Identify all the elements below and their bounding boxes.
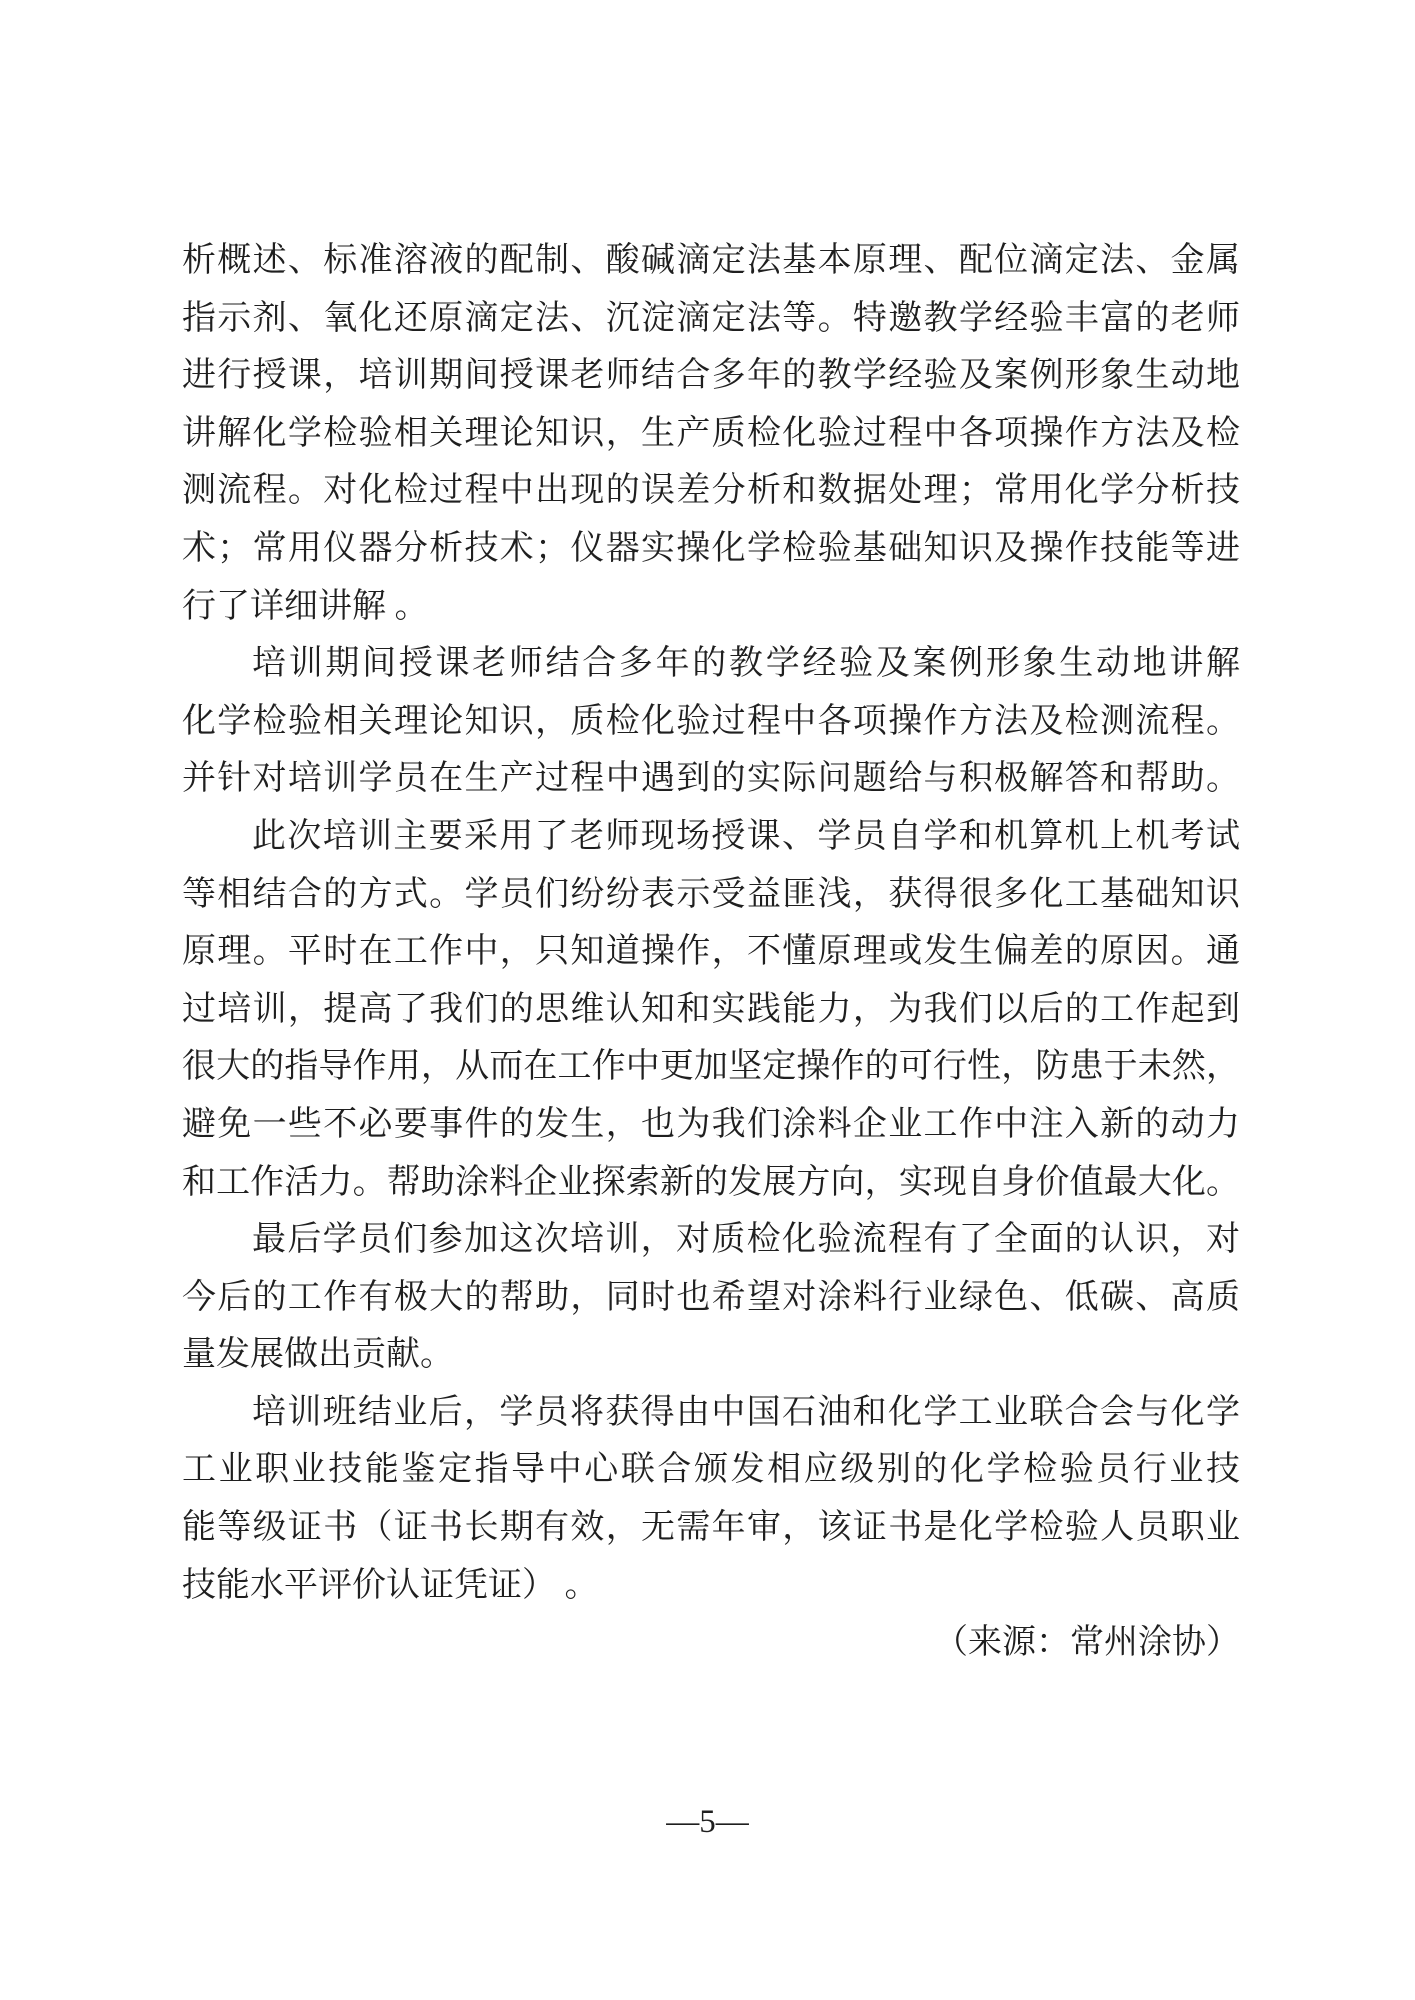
paragraph-4: 最后学员们参加这次培训，对质检化验流程有了全面的认识，对 今后的工作有极大的帮助… [182,1211,1240,1384]
page-number: —5— [0,1800,1415,1844]
text-line: 过培训，提高了我们的思维认知和实践能力，为我们以后的工作起到 [182,981,1240,1039]
text-line: 很大的指导作用，从而在工作中更加坚定操作的可行性，防患于未然， [182,1038,1240,1096]
text-line: 术；常用仪器分析技术；仪器实操化学检验基础知识及操作技能等进 [182,520,1240,578]
text-line: 今后的工作有极大的帮助，同时也希望对涂料行业绿色、低碳、高质 [182,1269,1240,1327]
text-line: 原理。平时在工作中，只知道操作，不懂原理或发生偏差的原因。通 [182,923,1240,981]
text-line: 等相结合的方式。学员们纷纷表示受益匪浅，获得很多化工基础知识 [182,866,1240,924]
paragraph-2: 培训期间授课老师结合多年的教学经验及案例形象生动地讲解 化学检验相关理论知识，质… [182,635,1240,808]
text-line: 能等级证书（证书长期有效，无需年审，该证书是化学检验人员职业 [182,1499,1240,1557]
paragraph-5: 培训班结业后，学员将获得由中国石油和化学工业联合会与化学 工业职业技能鉴定指导中… [182,1384,1240,1614]
text-line: 最后学员们参加这次培训，对质检化验流程有了全面的认识，对 [182,1211,1240,1269]
text-line: 技能水平评价认证凭证） 。 [182,1557,1240,1615]
paragraph-3: 此次培训主要采用了老师现场授课、学员自学和机算机上机考试 等相结合的方式。学员们… [182,808,1240,1211]
source-attribution: （来源：常州涂协） [182,1614,1240,1672]
text-line: 工业职业技能鉴定指导中心联合颁发相应级别的化学检验员行业技 [182,1441,1240,1499]
text-line: 培训班结业后，学员将获得由中国石油和化学工业联合会与化学 [182,1384,1240,1442]
document-body: 析概述、标准溶液的配制、酸碱滴定法基本原理、配位滴定法、金属 指示剂、氧化还原滴… [182,232,1240,1672]
text-line: 进行授课，培训期间授课老师结合多年的教学经验及案例形象生动地 [182,347,1240,405]
document-page: { "colors": { "background": "#ffffff", "… [0,0,1415,2000]
text-line: 行了详细讲解 。 [182,578,1240,636]
text-line: 析概述、标准溶液的配制、酸碱滴定法基本原理、配位滴定法、金属 [182,232,1240,290]
text-line: 测流程。对化检过程中出现的误差分析和数据处理；常用化学分析技 [182,462,1240,520]
text-line: 和工作活力。帮助涂料企业探索新的发展方向，实现自身价值最大化。 [182,1154,1240,1212]
paragraph-1: 析概述、标准溶液的配制、酸碱滴定法基本原理、配位滴定法、金属 指示剂、氧化还原滴… [182,232,1240,635]
text-line: 指示剂、氧化还原滴定法、沉淀滴定法等。特邀教学经验丰富的老师 [182,290,1240,348]
text-line: 讲解化学检验相关理论知识，生产质检化验过程中各项操作方法及检 [182,405,1240,463]
text-line: 量发展做出贡献。 [182,1326,1240,1384]
text-line: 避免一些不必要事件的发生，也为我们涂料企业工作中注入新的动力 [182,1096,1240,1154]
text-line: 化学检验相关理论知识，质检化验过程中各项操作方法及检测流程。 [182,693,1240,751]
text-line: 培训期间授课老师结合多年的教学经验及案例形象生动地讲解 [182,635,1240,693]
text-line: 并针对培训学员在生产过程中遇到的实际问题给与积极解答和帮助。 [182,750,1240,808]
text-line: 此次培训主要采用了老师现场授课、学员自学和机算机上机考试 [182,808,1240,866]
